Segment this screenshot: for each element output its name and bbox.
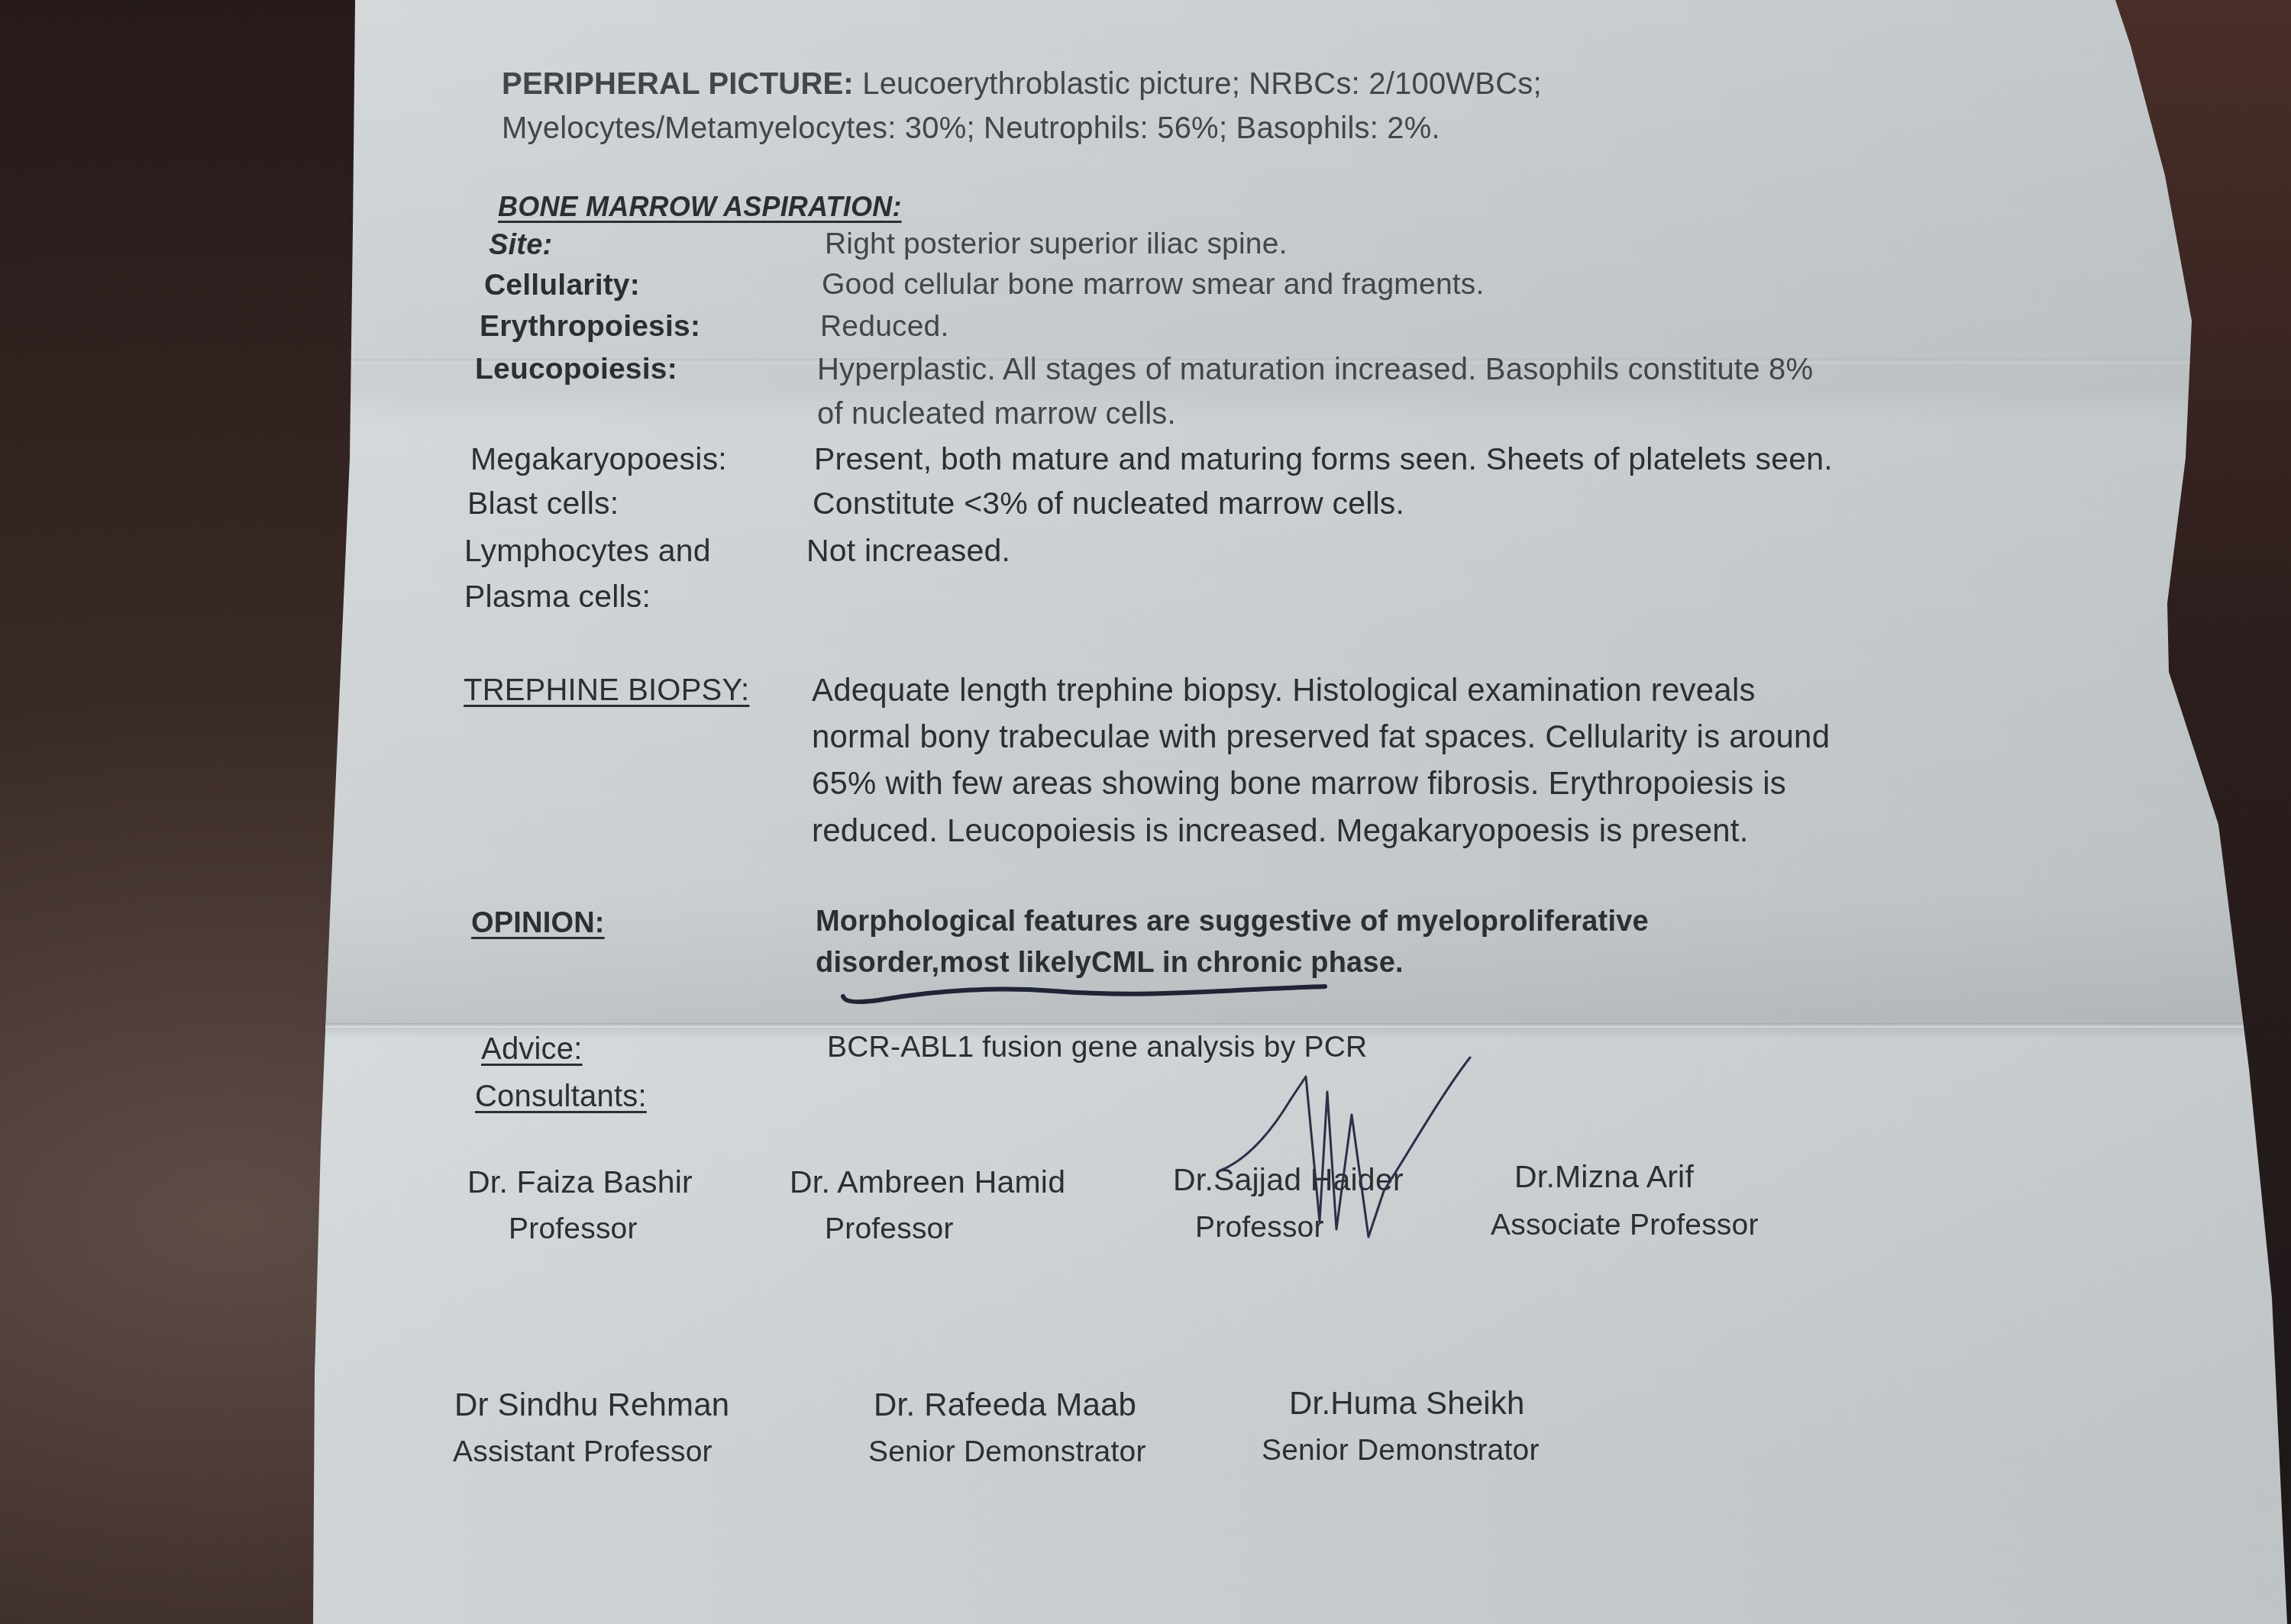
consultant-name: Dr.Sajjad Haider [1173, 1162, 1404, 1198]
trephine-line-3: 65% with few areas showing bone marrow f… [812, 765, 1786, 802]
trephine-label: TREPHINE BIOPSY: [464, 673, 749, 708]
bm-value-leucopoiesis-cont: of nucleated marrow cells. [817, 397, 1176, 431]
bm-label-cellularity: Cellularity: [484, 269, 640, 302]
bm-value-cellularity: Good cellular bone marrow smear and frag… [822, 268, 1485, 302]
bm-label-lymphocytes: Lymphocytes and [464, 533, 711, 569]
consultants-label: Consultants: [475, 1080, 647, 1114]
bm-value-erythropoiesis: Reduced. [820, 310, 949, 344]
peripheral-line-1: PERIPHERAL PICTURE: Leucoerythroblastic … [502, 67, 1542, 102]
consultant-name: Dr.Mizna Arif [1514, 1159, 1694, 1195]
trephine-line-2: normal bony trabeculae with preserved fa… [812, 718, 1830, 755]
consultant-title: Senior Demonstrator [1262, 1434, 1540, 1467]
bm-label-erythropoiesis: Erythropoiesis: [480, 310, 700, 344]
bm-label-plasma-cells: Plasma cells: [464, 579, 651, 615]
consultant-name: Dr. Ambreen Hamid [790, 1164, 1065, 1200]
bm-value-megakaryopoesis: Present, both mature and maturing forms … [814, 441, 1833, 477]
paper-fold-crease [0, 1023, 2291, 1028]
consultant-name: Dr.Huma Sheikh [1289, 1385, 1525, 1422]
bm-label-site: Site: [489, 229, 552, 262]
trephine-line-1: Adequate length trephine biopsy. Histolo… [812, 672, 1756, 709]
bm-value-site: Right posterior superior iliac spine. [825, 228, 1288, 261]
bone-marrow-heading: BONE MARROW ASPIRATION: [498, 191, 902, 223]
opinion-line-2: disorder,most likelyCML in chronic phase… [816, 947, 1404, 980]
consultant-title: Senior Demonstrator [868, 1435, 1146, 1469]
consultant-name: Dr. Rafeeda Maab [874, 1387, 1136, 1423]
opinion-label: OPINION: [471, 907, 605, 940]
consultant-title: Professor [825, 1212, 954, 1246]
peripheral-value-2: Myelocytes/Metamyelocytes: 30%; Neutroph… [502, 111, 1440, 146]
peripheral-label: PERIPHERAL PICTURE: [502, 67, 854, 101]
bm-value-leucopoiesis: Hyperplastic. All stages of maturation i… [817, 353, 1813, 387]
peripheral-value-1: Leucoerythroblastic picture; NRBCs: 2/10… [862, 67, 1542, 101]
bm-label-megakaryopoesis: Megakaryopoesis: [470, 441, 727, 477]
consultant-title: Professor [509, 1212, 638, 1246]
consultant-name: Dr Sindhu Rehman [454, 1387, 729, 1423]
advice-value: BCR-ABL1 fusion gene analysis by PCR [827, 1031, 1367, 1064]
bm-label-leucopoiesis: Leucopoiesis: [475, 353, 677, 386]
consultant-title: Professor [1195, 1211, 1324, 1245]
consultant-title: Assistant Professor [453, 1435, 713, 1469]
advice-label: Advice: [481, 1032, 583, 1067]
bm-value-blast-cells: Constitute <3% of nucleated marrow cells… [813, 486, 1404, 521]
consultant-title: Associate Professor [1491, 1209, 1759, 1242]
bm-label-blast-cells: Blast cells: [467, 486, 619, 521]
trephine-line-4: reduced. Leucopoiesis is increased. Mega… [812, 812, 1749, 849]
consultant-name: Dr. Faiza Bashir [467, 1164, 693, 1200]
bm-value-lymphocytes: Not increased. [806, 533, 1010, 569]
opinion-line-1: Morphological features are suggestive of… [816, 906, 1649, 938]
